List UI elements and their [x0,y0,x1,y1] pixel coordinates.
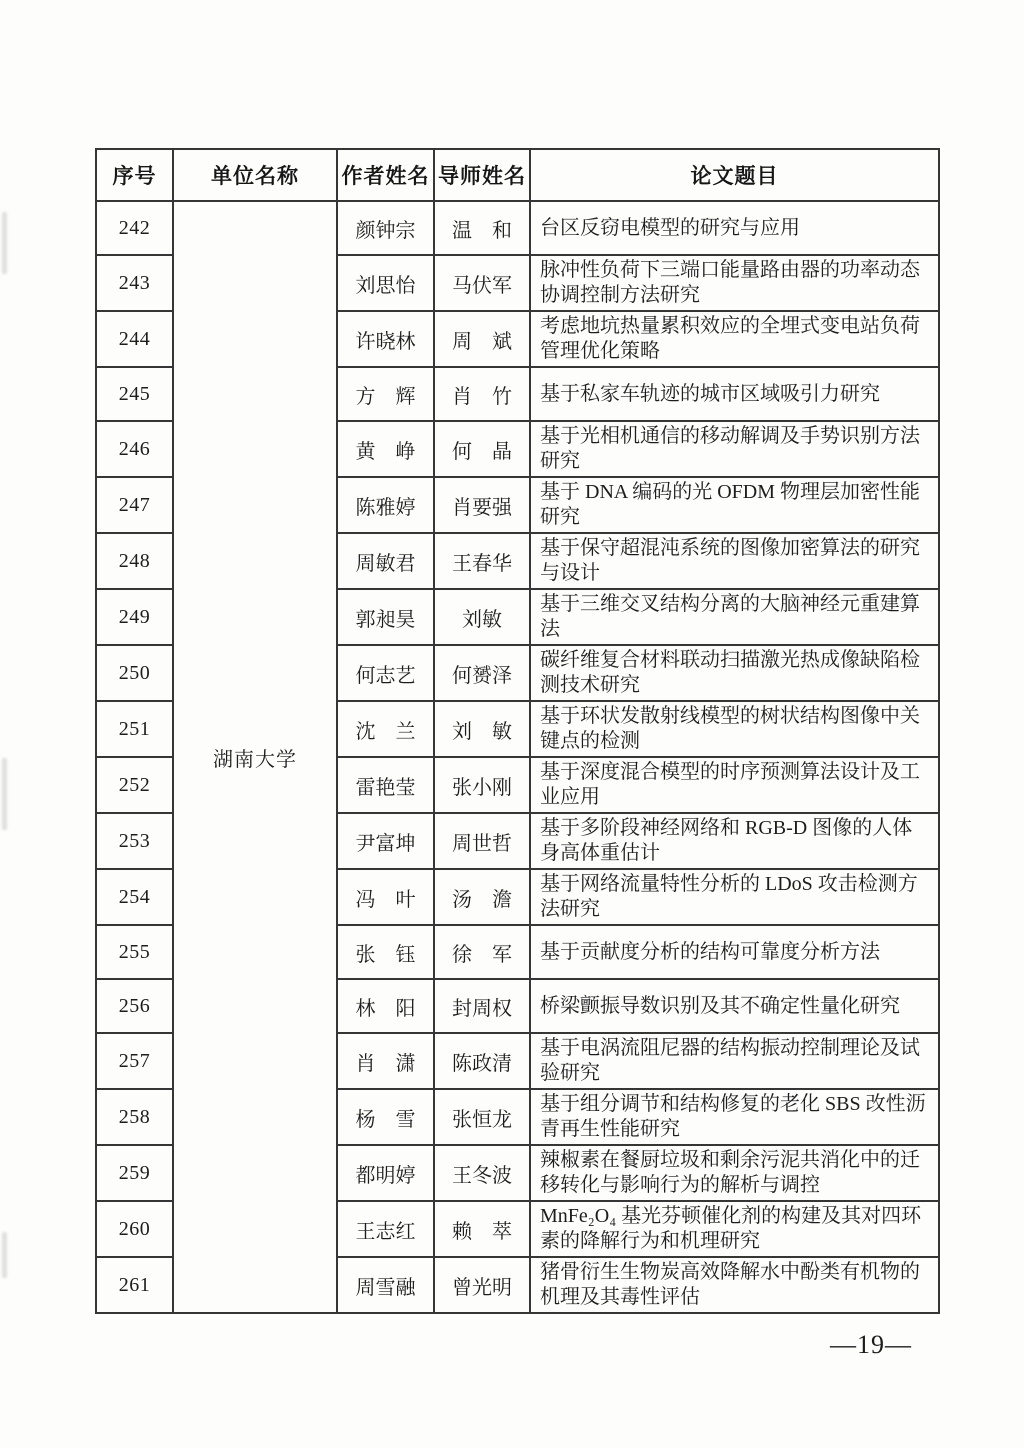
author-name-cell: 周敏君 [337,533,434,589]
thesis-title-cell: MnFe₂O₄ 基光芬顿催化剂的构建及其对四环素的降解行为和机理研究 [530,1201,939,1257]
advisor-name-cell: 周 斌 [434,311,530,367]
advisor-name-cell: 何 晶 [434,421,530,477]
author-name-cell: 方 辉 [337,367,434,421]
thesis-title-cell: 桥梁颤振导数识别及其不确定性量化研究 [530,979,939,1033]
thesis-title-cell: 台区反窃电模型的研究与应用 [530,201,939,255]
advisor-name-cell: 封周权 [434,979,530,1033]
serial-number-cell: 253 [96,813,173,869]
thesis-title-cell: 基于组分调节和结构修复的老化 SBS 改性沥青再生性能研究 [530,1089,939,1145]
serial-number-cell: 248 [96,533,173,589]
thesis-title-cell: 基于网络流量特性分析的 LDoS 攻击检测方法研究 [530,869,939,925]
advisor-name-cell: 王春华 [434,533,530,589]
advisor-name-cell: 肖 竹 [434,367,530,421]
advisor-name-cell: 周世哲 [434,813,530,869]
advisor-name-cell: 王冬波 [434,1145,530,1201]
author-name-cell: 王志红 [337,1201,434,1257]
author-name-cell: 陈雅婷 [337,477,434,533]
thesis-title-cell: 基于贡献度分析的结构可靠度分析方法 [530,925,939,979]
scan-smudge [2,212,7,274]
advisor-name-cell: 肖要强 [434,477,530,533]
advisor-name-cell: 徐 军 [434,925,530,979]
author-name-cell: 刘思怡 [337,255,434,311]
serial-number-cell: 251 [96,701,173,757]
serial-number-cell: 246 [96,421,173,477]
author-name-cell: 周雪融 [337,1257,434,1313]
advisor-name-cell: 曾光明 [434,1257,530,1313]
author-name-cell: 杨 雪 [337,1089,434,1145]
thesis-title-cell: 基于三维交叉结构分离的大脑神经元重建算法 [530,589,939,645]
serial-number-cell: 257 [96,1033,173,1089]
thesis-title-cell: 辣椒素在餐厨垃圾和剩余污泥共消化中的迁移转化与影响行为的解析与调控 [530,1145,939,1201]
thesis-title-cell: 基于环状发散射线模型的树状结构图像中关键点的检测 [530,701,939,757]
author-name-cell: 黄 峥 [337,421,434,477]
serial-number-cell: 260 [96,1201,173,1257]
serial-number-cell: 245 [96,367,173,421]
advisor-name-cell: 张恒龙 [434,1089,530,1145]
author-name-cell: 肖 潇 [337,1033,434,1089]
author-name-cell: 郭昶昊 [337,589,434,645]
col-header-author: 作者姓名 [337,149,434,201]
thesis-title-cell: 猪骨衍生生物炭高效降解水中酚类有机物的机理及其毒性评估 [530,1257,939,1313]
page-number: —19— [830,1330,912,1360]
thesis-title-cell: 基于保守超混沌系统的图像加密算法的研究与设计 [530,533,939,589]
thesis-title-cell: 脉冲性负荷下三端口能量路由器的功率动态协调控制方法研究 [530,255,939,311]
col-header-serial: 序号 [96,149,173,201]
serial-number-cell: 258 [96,1089,173,1145]
table-row: 242湖南大学颜钟宗温 和台区反窃电模型的研究与应用 [96,201,939,255]
serial-number-cell: 254 [96,869,173,925]
header-row: 序号 单位名称 作者姓名 导师姓名 论文题目 [96,149,939,201]
thesis-title-cell: 碳纤维复合材料联动扫描激光热成像缺陷检测技术研究 [530,645,939,701]
author-name-cell: 许晓林 [337,311,434,367]
advisor-name-cell: 汤 澹 [434,869,530,925]
serial-number-cell: 244 [96,311,173,367]
author-name-cell: 颜钟宗 [337,201,434,255]
thesis-title-cell: 基于深度混合模型的时序预测算法设计及工业应用 [530,757,939,813]
author-name-cell: 雷艳莹 [337,757,434,813]
serial-number-cell: 256 [96,979,173,1033]
col-header-advisor: 导师姓名 [434,149,530,201]
serial-number-cell: 261 [96,1257,173,1313]
scan-smudge [2,758,7,830]
serial-number-cell: 242 [96,201,173,255]
author-name-cell: 张 钰 [337,925,434,979]
advisor-name-cell: 赖 萃 [434,1201,530,1257]
advisor-name-cell: 刘 敏 [434,701,530,757]
serial-number-cell: 249 [96,589,173,645]
col-header-unit: 单位名称 [173,149,337,201]
serial-number-cell: 252 [96,757,173,813]
col-header-title: 论文题目 [530,149,939,201]
author-name-cell: 林 阳 [337,979,434,1033]
advisor-name-cell: 温 和 [434,201,530,255]
author-name-cell: 沈 兰 [337,701,434,757]
thesis-title-cell: 基于私家车轨迹的城市区域吸引力研究 [530,367,939,421]
advisor-name-cell: 刘敏 [434,589,530,645]
thesis-list-table: 序号 单位名称 作者姓名 导师姓名 论文题目 242湖南大学颜钟宗温 和台区反窃… [95,148,940,1314]
serial-number-cell: 250 [96,645,173,701]
author-name-cell: 都明婷 [337,1145,434,1201]
advisor-name-cell: 何赟泽 [434,645,530,701]
unit-name-cell: 湖南大学 [173,201,337,1313]
advisor-name-cell: 马伏军 [434,255,530,311]
thesis-title-cell: 基于 DNA 编码的光 OFDM 物理层加密性能研究 [530,477,939,533]
scan-smudge [2,1232,7,1278]
author-name-cell: 冯 叶 [337,869,434,925]
serial-number-cell: 247 [96,477,173,533]
document-page: 序号 单位名称 作者姓名 导师姓名 论文题目 242湖南大学颜钟宗温 和台区反窃… [0,0,1024,1448]
serial-number-cell: 255 [96,925,173,979]
serial-number-cell: 243 [96,255,173,311]
author-name-cell: 何志艺 [337,645,434,701]
thesis-title-cell: 基于电涡流阻尼器的结构振动控制理论及试验研究 [530,1033,939,1089]
serial-number-cell: 259 [96,1145,173,1201]
advisor-name-cell: 陈政清 [434,1033,530,1089]
thesis-title-cell: 基于多阶段神经网络和 RGB-D 图像的人体身高体重估计 [530,813,939,869]
thesis-title-cell: 基于光相机通信的移动解调及手势识别方法研究 [530,421,939,477]
author-name-cell: 尹富坤 [337,813,434,869]
thesis-title-cell: 考虑地坑热量累积效应的全埋式变电站负荷管理优化策略 [530,311,939,367]
advisor-name-cell: 张小刚 [434,757,530,813]
